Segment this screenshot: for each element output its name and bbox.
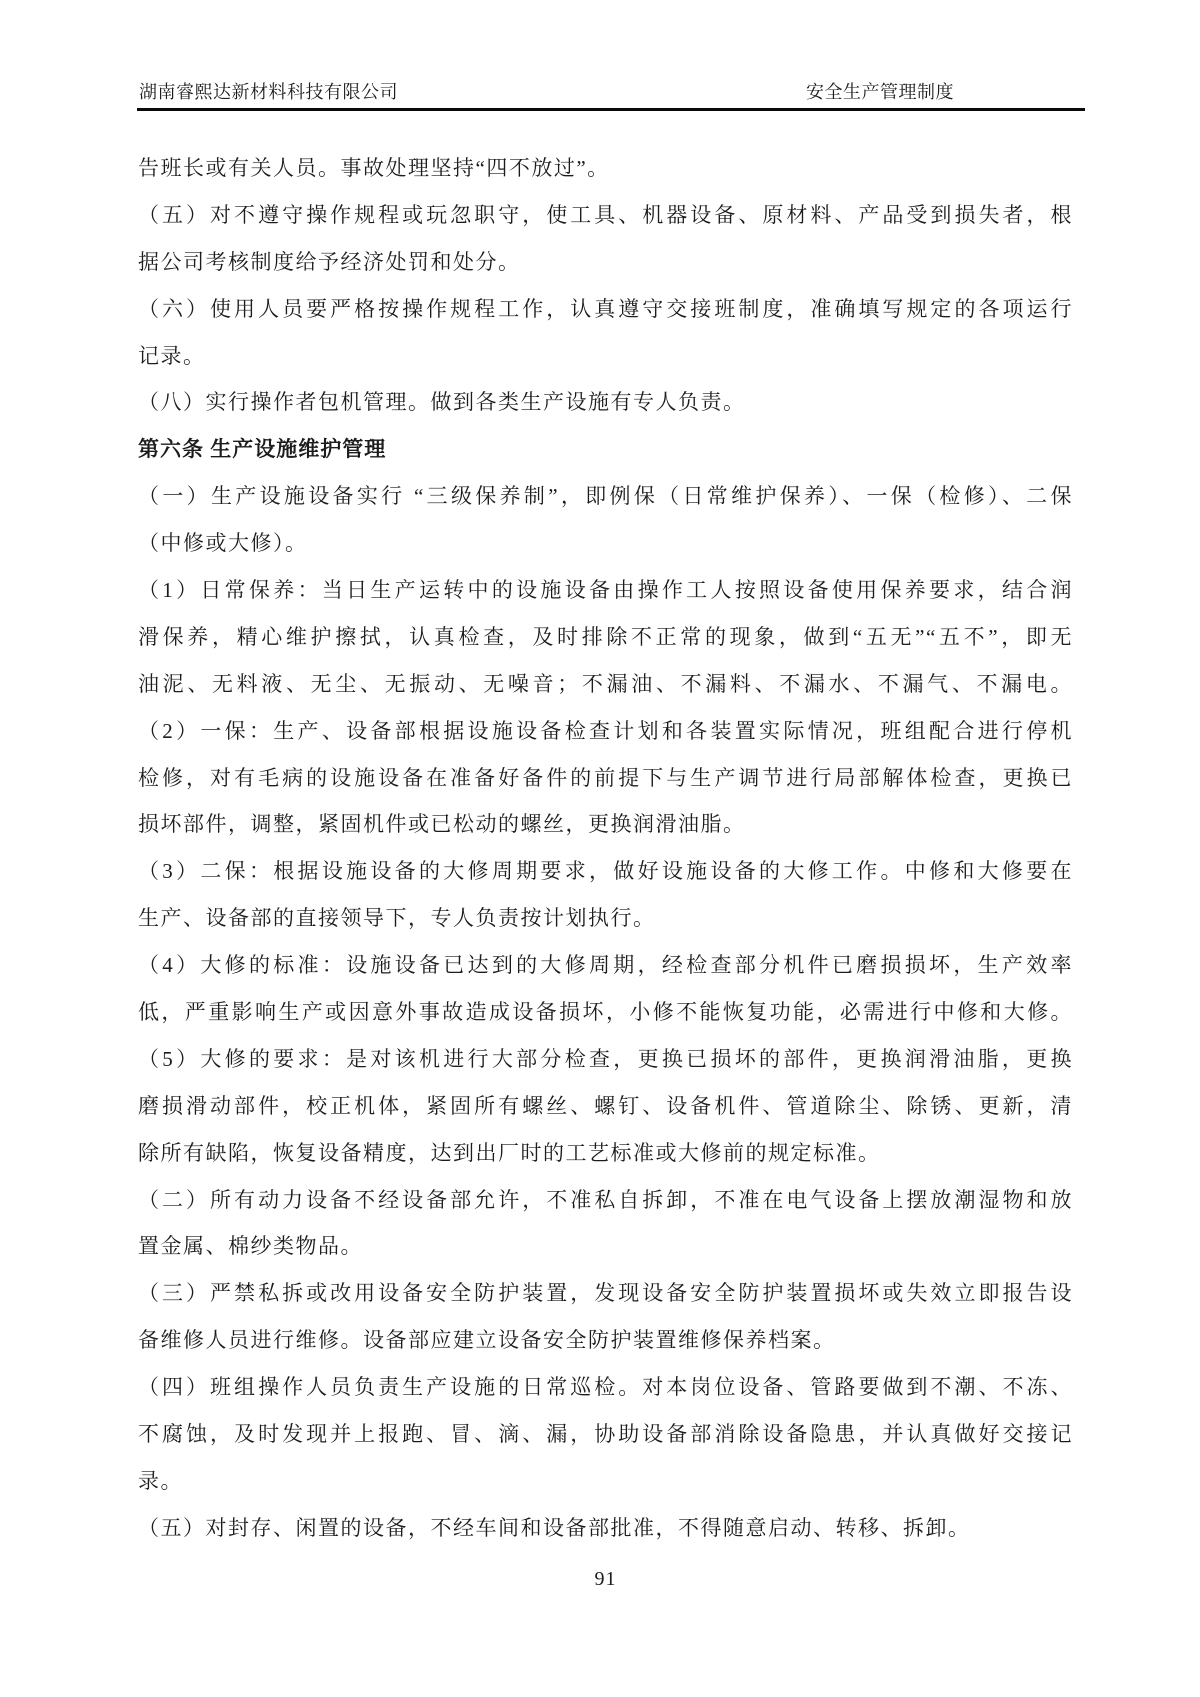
text-line: 据公司考核制度给予经济处罚和处分。 (138, 239, 1073, 286)
header-doc-title: 安全生产管理制度 (806, 80, 954, 104)
text-line: （一）生产设施设备实行 “三级保养制”，即例保（日常维护保养）、一保（检修）、二… (138, 473, 1073, 520)
text-line: （三）严禁私拆或改用设备安全防护装置，发现设备安全防护装置损坏或失效立即报告设 (138, 1270, 1073, 1317)
document-page: 湖南睿熙达新材料科技有限公司 安全生产管理制度 告班长或有关人员。事故处理坚持“… (0, 0, 1200, 1697)
text-line: （4）大修的标准：设施设备已达到的大修周期，经检查部分机件已磨损损坏，生产效率 (138, 942, 1073, 989)
text-line: （二）所有动力设备不经设备部允许，不准私自拆卸，不准在电气设备上摆放潮湿物和放 (138, 1177, 1073, 1224)
text-line: 滑保养，精心维护擦拭，认真检查，及时排除不正常的现象，做到“五无”“五不”，即无 (138, 614, 1073, 661)
text-line: 不腐蚀，及时发现并上报跑、冒、滴、漏，协助设备部消除设备隐患，并认真做好交接记 (138, 1411, 1073, 1458)
text-line: 磨损滑动部件，校正机体，紧固所有螺丝、螺钉、设备机件、管道除尘、除锈、更新，清 (138, 1083, 1073, 1130)
text-line: （五）对不遵守操作规程或玩忽职守，使工具、机器设备、原材料、产品受到损失者，根 (138, 192, 1073, 239)
document-body: 告班长或有关人员。事故处理坚持“四不放过”。 （五）对不遵守操作规程或玩忽职守，… (138, 145, 1073, 1552)
text-line: （5）大修的要求：是对该机进行大部分检查，更换已损坏的部件，更换润滑油脂，更换 (138, 1036, 1073, 1083)
text-line: 检修，对有毛病的设施设备在准备好备件的前提下与生产调节进行局部解体检查，更换已 (138, 755, 1073, 802)
text-line: （五）对封存、闲置的设备，不经车间和设备部批准，不得随意启动、转移、拆卸。 (138, 1505, 1073, 1552)
text-line: （2）一保：生产、设备部根据设施设备检查计划和各装置实际情况，班组配合进行停机 (138, 708, 1073, 755)
text-line: 记录。 (138, 333, 1073, 380)
text-line: 告班长或有关人员。事故处理坚持“四不放过”。 (138, 145, 1073, 192)
text-line: 录。 (138, 1458, 1073, 1505)
text-line: 生产、设备部的直接领导下，专人负责按计划执行。 (138, 895, 1073, 942)
text-line: （3）二保：根据设施设备的大修周期要求，做好设施设备的大修工作。中修和大修要在 (138, 848, 1073, 895)
section-heading: 第六条 生产设施维护管理 (138, 426, 1073, 473)
text-line: 备维修人员进行维修。设备部应建立设备安全防护装置维修保养档案。 (138, 1317, 1073, 1364)
text-line: （六）使用人员要严格按操作规程工作，认真遵守交接班制度，准确填写规定的各项运行 (138, 286, 1073, 333)
text-line: 置金属、棉纱类物品。 (138, 1223, 1073, 1270)
text-line: 油泥、无料液、无尘、无振动、无噪音；不漏油、不漏料、不漏水、不漏气、不漏电。 (138, 661, 1073, 708)
text-line: （1）日常保养：当日生产运转中的设施设备由操作工人按照设备使用保养要求，结合润 (138, 567, 1073, 614)
header-rule (137, 108, 1085, 111)
text-line: 低，严重影响生产或因意外事故造成设备损坏，小修不能恢复功能，必需进行中修和大修。 (138, 989, 1073, 1036)
text-line: （四）班组操作人员负责生产设施的日常巡检。对本岗位设备、管路要做到不潮、不冻、 (138, 1364, 1073, 1411)
text-line: （八）实行操作者包机管理。做到各类生产设施有专人负责。 (138, 379, 1073, 426)
text-line: 除所有缺陷，恢复设备精度，达到出厂时的工艺标准或大修前的规定标准。 (138, 1130, 1073, 1177)
text-line: （中修或大修）。 (138, 520, 1073, 567)
header-company-name: 湖南睿熙达新材料科技有限公司 (139, 80, 398, 104)
text-line: 损坏部件，调整，紧固机件或已松动的螺丝，更换润滑油脂。 (138, 801, 1073, 848)
page-number: 91 (138, 1568, 1073, 1591)
